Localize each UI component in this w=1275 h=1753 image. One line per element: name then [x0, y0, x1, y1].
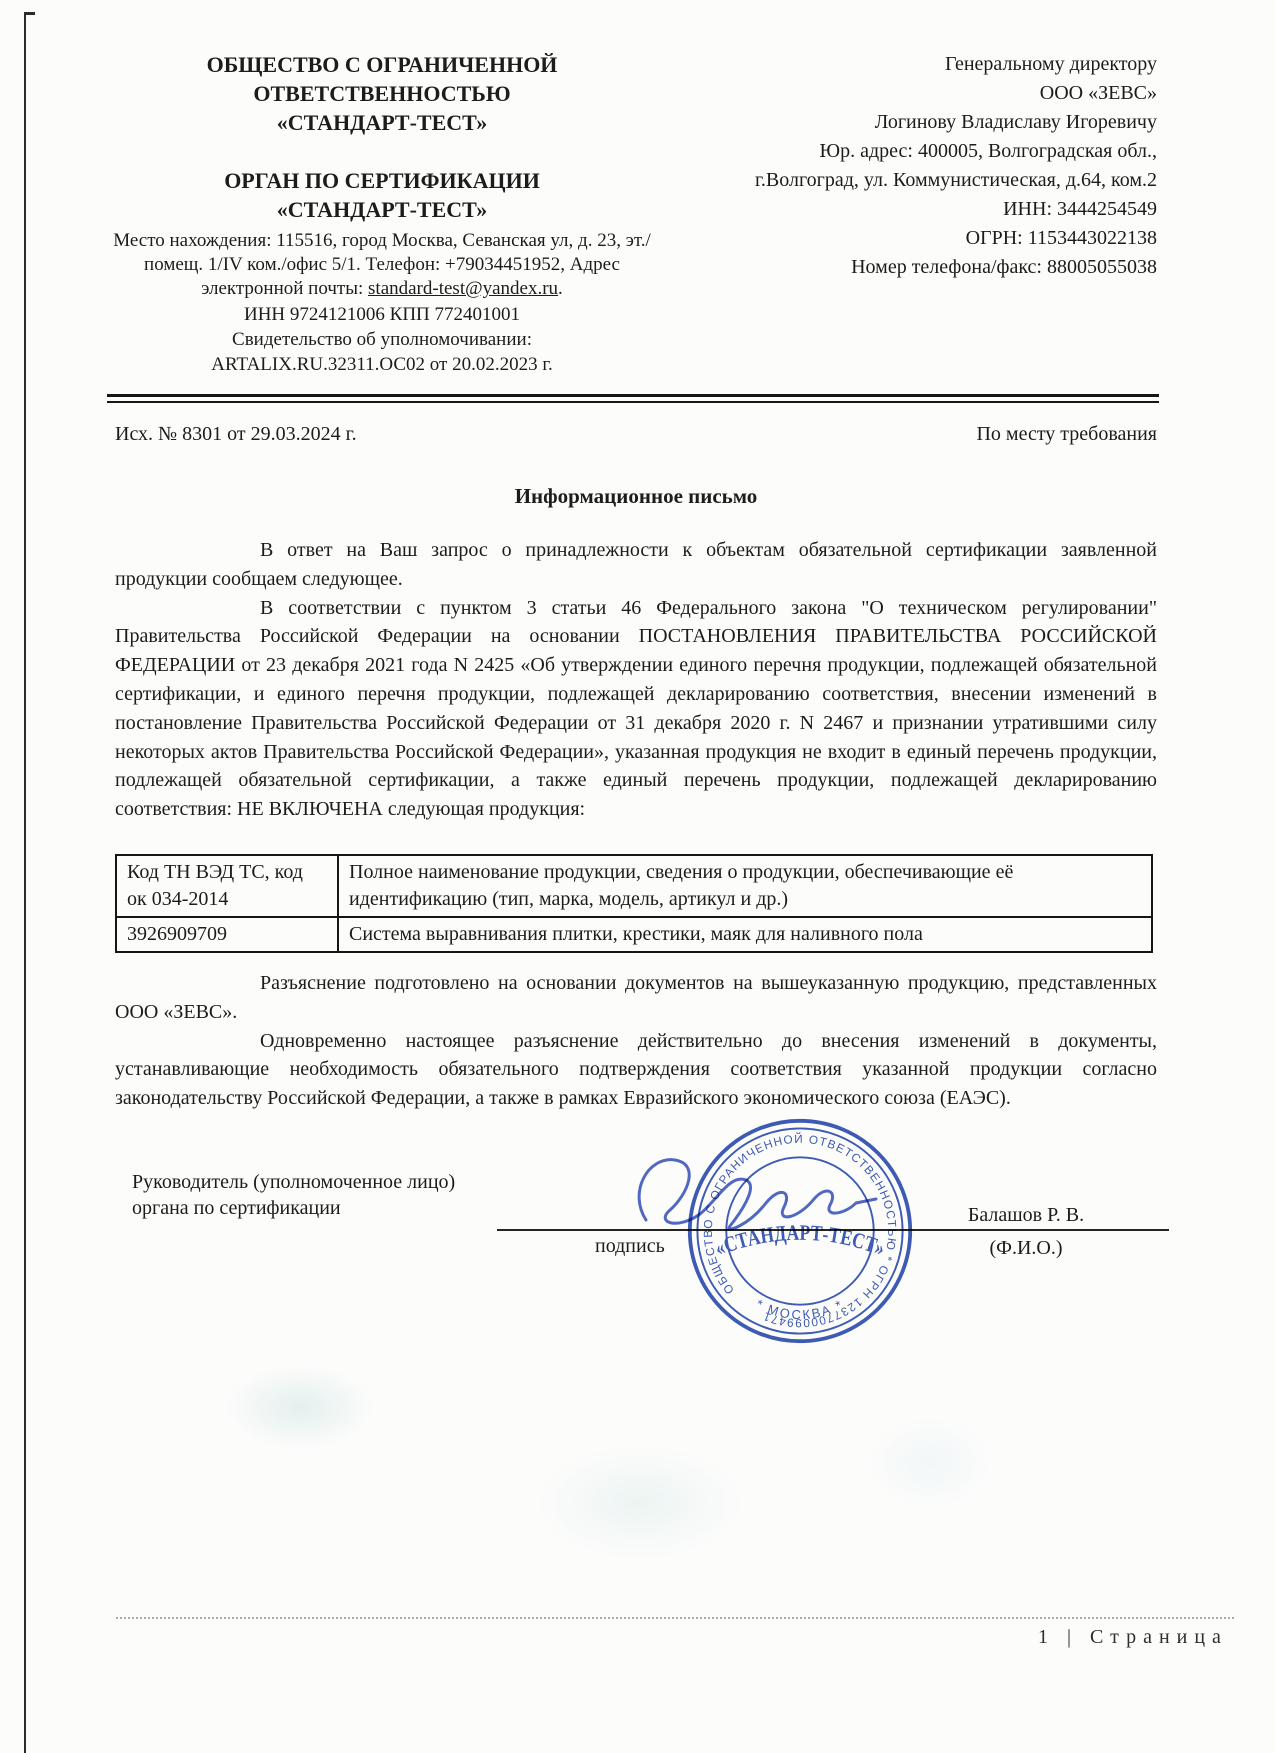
destination: По месту требования: [976, 423, 1157, 446]
letter-body-top: В ответ на Ваш запрос о принадлежности к…: [115, 536, 1157, 824]
signatory-role: Руководитель (уполномоченное лицо) орган…: [132, 1170, 484, 1221]
scan-edge-hook: [24, 12, 35, 15]
org-registration-block: ИНН 9724121006 КПП 772401001 Свидетельст…: [112, 302, 652, 377]
scan-smudge: [865, 1415, 995, 1510]
letterhead-org-block: ОБЩЕСТВО С ОГРАНИЧЕННОЙ ОТВЕТСТВЕННОСТЬЮ…: [112, 50, 652, 377]
org-address-period: .: [558, 278, 563, 299]
letter-title: Информационное письмо: [115, 484, 1157, 509]
letterhead-divider: [107, 394, 1159, 403]
signatory-name-caption: (Ф.И.О.): [945, 1237, 1107, 1260]
letter-body-bottom: Разъяснение подготовлено на основании до…: [115, 969, 1157, 1113]
table-header-product: Полное наименование продукции, сведения …: [338, 855, 1152, 917]
table-header-row: Код ТН ВЭД ТС, код ок 034-2014 Полное на…: [116, 855, 1152, 917]
recipient-line: г.Волгоград, ул. Коммунистическая, д.64,…: [640, 166, 1157, 195]
signatory-name: Балашов Р. В.: [945, 1204, 1107, 1227]
recipient-block: Генеральному директору ООО «ЗЕВС» Логино…: [640, 50, 1157, 282]
table-row: 3926909709 Система выравнивания плитки, …: [116, 917, 1152, 952]
recipient-line: Логинову Владиславу Игоревичу: [640, 108, 1157, 137]
certification-body-name: ОРГАН ПО СЕРТИФИКАЦИИ «СТАНДАРТ-ТЕСТ»: [182, 166, 582, 224]
scan-smudge: [535, 1445, 745, 1560]
org-name: ОБЩЕСТВО С ОГРАНИЧЕННОЙ ОТВЕТСТВЕННОСТЬЮ…: [182, 50, 582, 137]
recipient-line: ОГРН: 1153443022138: [640, 224, 1157, 253]
paragraph-2: В соответствии с пунктом 3 статьи 46 Фед…: [115, 594, 1157, 824]
handwritten-signature: [628, 1140, 880, 1242]
paragraph-4: Одновременно настоящее разъяснение дейст…: [115, 1027, 1157, 1113]
recipient-line: Юр. адрес: 400005, Волгоградская обл.,: [640, 137, 1157, 166]
org-attestation-label: Свидетельство об уполномочивании:: [112, 327, 652, 352]
page-number: 1 | Страница: [1038, 1626, 1228, 1649]
org-inn-kpp: ИНН 9724121006 КПП 772401001: [112, 302, 652, 327]
org-email: standard-test@yandex.ru: [368, 278, 558, 299]
table-cell-code: 3926909709: [116, 917, 338, 952]
recipient-line: ООО «ЗЕВС»: [640, 79, 1157, 108]
scan-edge-line: [24, 12, 26, 1753]
recipient-line: ИНН: 3444254549: [640, 195, 1157, 224]
table-cell-product: Система выравнивания плитки, крестики, м…: [338, 917, 1152, 952]
outgoing-number: Исх. № 8301 от 29.03.2024 г.: [115, 423, 357, 446]
scanned-letter-page: ОБЩЕСТВО С ОГРАНИЧЕННОЙ ОТВЕТСТВЕННОСТЬЮ…: [0, 0, 1275, 1753]
recipient-line: Номер телефона/факс: 88005055038: [640, 253, 1157, 282]
reference-row: Исх. № 8301 от 29.03.2024 г. По месту тр…: [115, 423, 1157, 446]
org-attestation-value: ARTALIX.RU.32311.ОС02 от 20.02.2023 г.: [112, 352, 652, 377]
recipient-line: Генеральному директору: [640, 50, 1157, 79]
paragraph-1: В ответ на Ваш запрос о принадлежности к…: [115, 536, 1157, 594]
scan-smudge: [225, 1365, 375, 1450]
product-table: Код ТН ВЭД ТС, код ок 034-2014 Полное на…: [115, 854, 1153, 953]
table-header-code: Код ТН ВЭД ТС, код ок 034-2014: [116, 855, 338, 917]
org-address: Место нахождения: 115516, город Москва, …: [112, 229, 652, 301]
footer-divider: [116, 1617, 1234, 1619]
paragraph-3: Разъяснение подготовлено на основании до…: [115, 969, 1157, 1027]
